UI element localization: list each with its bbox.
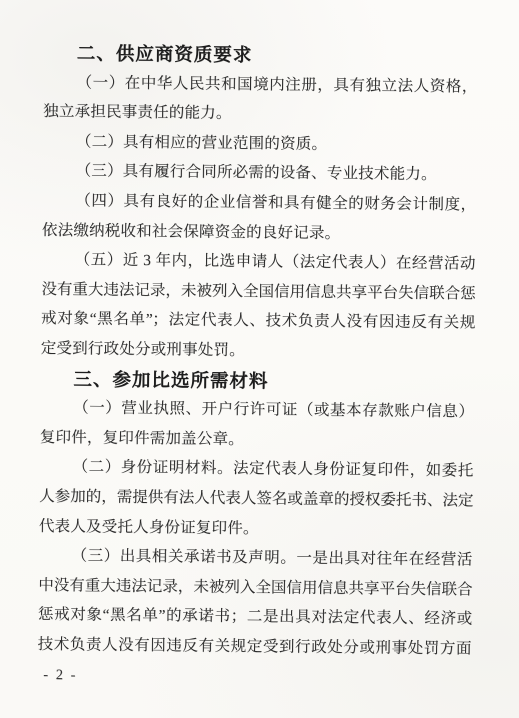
section-heading-supplier-qualifications: 二、供应商资质要求 (44, 38, 478, 72)
text-line: （二）具有相应的营业范围的资质。 (43, 127, 477, 161)
text-line: （四）具有良好的企业信誉和具有健全的财务会计制度，有 (42, 186, 476, 220)
page-number: - 2 - (37, 662, 471, 693)
text-line: 技术负责人没有因违反有关规定受到行政处分或刑事处罚方面 (37, 630, 471, 664)
text-line: 戒对象“黑名单”；法定代表人、技术负责人没有因违反有关规 (41, 304, 475, 338)
document-content: 二、供应商资质要求 （一）在中华人民共和国境内注册，具有独立法人资格，有 独立承… (37, 38, 478, 693)
text-line: 定受到行政处分或刑事处罚。 (41, 334, 475, 368)
text-line: （五）近 3 年内，比选申请人（法定代表人）在经营活动中 (42, 245, 476, 279)
text-line: 代表人及受托人身份证复印件。 (39, 511, 473, 545)
section-heading-required-materials: 三、参加比选所需材料 (40, 364, 474, 398)
text-line: 惩戒对象“黑名单”的承诺书；二是出具对法定代表人、经济或 (38, 600, 472, 634)
text-line: 没有重大违法记录，未被列入全国信用信息共享平台失信联合惩 (41, 275, 475, 309)
text-line: （一）营业执照、开户行许可证（或基本存款账户信息）等 (40, 393, 474, 427)
text-line: 依法缴纳税收和社会保障资金的良好记录。 (42, 216, 476, 250)
text-line: 中没有重大违法记录，未被列入全国信用信息共享平台失信联合 (38, 571, 472, 605)
text-line: （二）身份证明材料。法定代表人身份证复印件，如委托他 (39, 452, 473, 486)
text-line: （三）具有履行合同所必需的设备、专业技术能力。 (42, 156, 476, 190)
text-line: （三）出具相关承诺书及声明。一是出具对往年在经营活动 (38, 541, 472, 575)
text-line: 复印件，复印件需加盖公章。 (40, 423, 474, 457)
text-line: 人参加的，需提供有法人代表人签名或盖章的授权委托书、法定 (39, 482, 473, 516)
text-line: 独立承担民事责任的能力。 (43, 97, 477, 131)
document-page: 二、供应商资质要求 （一）在中华人民共和国境内注册，具有独立法人资格，有 独立承… (0, 0, 519, 718)
text-line: （一）在中华人民共和国境内注册，具有独立法人资格，有 (43, 68, 477, 102)
